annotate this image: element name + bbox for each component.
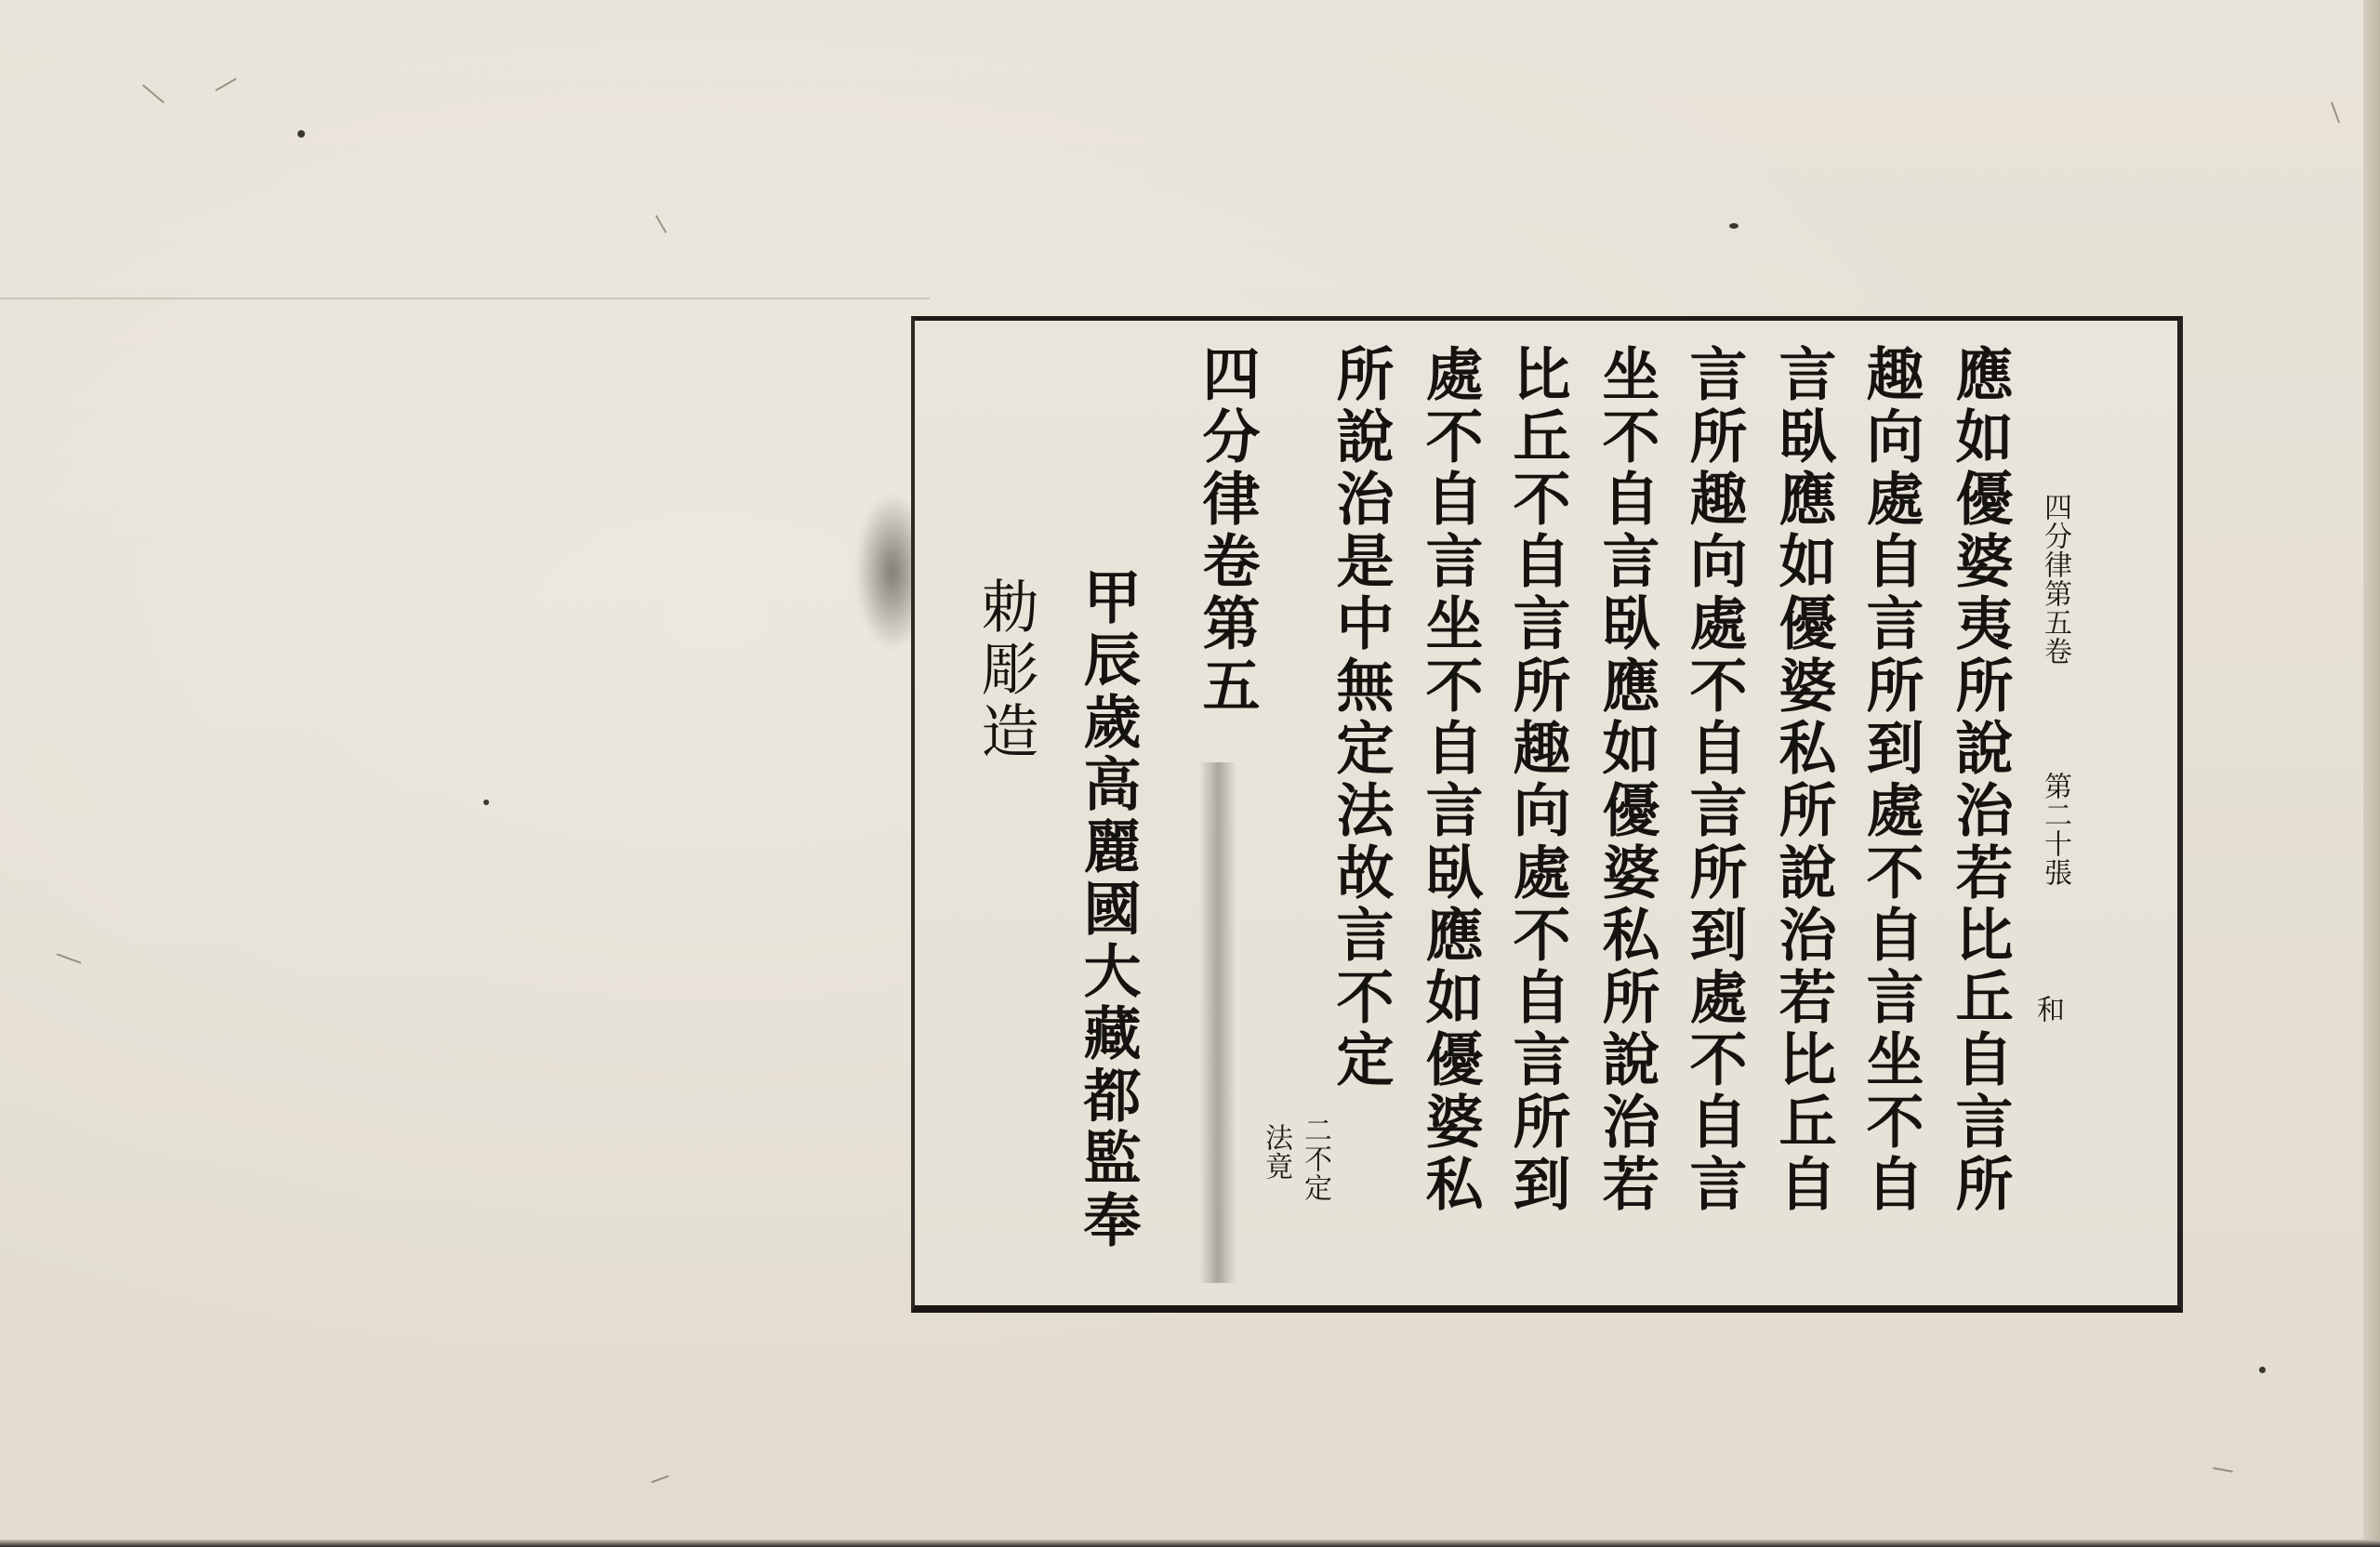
text-column-3: 言臥應如優婆私所說治若比丘自 [1774,344,1831,1216]
margin-title: 四分律第五卷 [2034,493,2075,666]
text-column-5: 坐不自言臥應如優婆私所說治若 [1597,344,1655,1216]
paper-speck [483,800,489,805]
inline-note-line-2: 法竟 [1255,1123,1296,1181]
paper-fiber [655,215,668,233]
margin-mark: 和 [2027,995,2068,1024]
paper-fiber [2331,101,2340,123]
page-edge-bottom [0,1540,2380,1547]
paper-fiber [57,953,82,963]
imprint-line: 甲辰歲高麗國大藏都監奉 [1078,567,1136,1252]
text-column-6: 比丘不自言所趣向處不自言所到 [1508,344,1566,1216]
paper-speck [297,130,305,138]
text-column-4: 言所趣向處不自言所到處不自言 [1685,344,1742,1216]
paper-page: 四分律第五卷 第二十張 和 𢈔 應如優婆夷所說治若比丘自言所 趣向處自言所到處不… [0,0,2380,1547]
text-column-1: 應如優婆夷所說治若比丘自言所 [1950,344,2008,1216]
volume-title: 四分律卷第五 [1197,344,1255,718]
paper-fiber [142,85,165,104]
paper-speck [2259,1367,2266,1373]
text-column-2: 趣向處自言所到處不自言坐不自 [1861,344,1919,1216]
margin-carver-mark: 𢈔 [2027,1199,2059,1228]
text-column-8: 所說治是中無定法故言不定 [1331,344,1389,1091]
paper-speck [1729,223,1739,229]
page-edge-right [2363,0,2380,1547]
margin-sheet-number: 第二十張 [2034,772,2075,887]
paper-fiber [651,1475,668,1484]
imprint-line-2: 勅彫造 [976,576,1034,763]
ink-ghost-stroke [1199,762,1236,1283]
inline-note-line-1: 二不定 [1294,1116,1335,1202]
paper-fiber [215,78,237,92]
fold-line [0,297,930,299]
text-column-7: 處不自言坐不自言臥應如優婆私 [1421,344,1478,1216]
paper-fiber [2213,1467,2233,1473]
